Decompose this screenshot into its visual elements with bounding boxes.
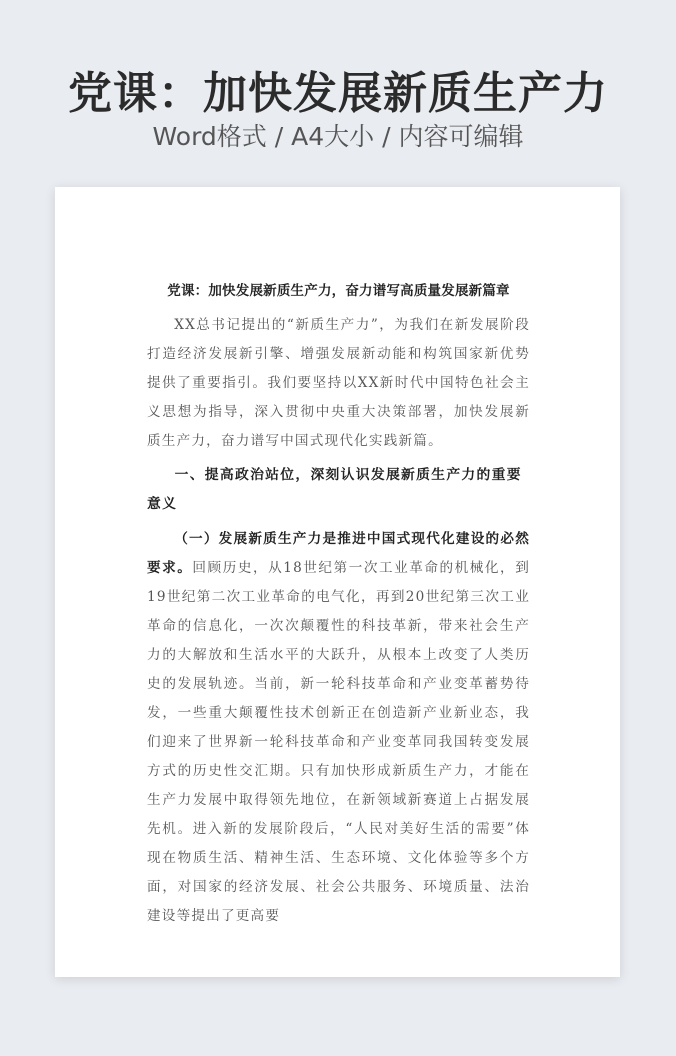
document-page: 党课：加快发展新质生产力，奋力谱写高质量发展新篇章 XX总书记提出的“新质生产力…	[55, 187, 620, 977]
document-content: 党课：加快发展新质生产力，奋力谱写高质量发展新篇章 XX总书记提出的“新质生产力…	[147, 273, 530, 931]
document-title: 党课：加快发展新质生产力，奋力谱写高质量发展新篇章	[147, 273, 530, 309]
banner-title: 党课：加快发展新质生产力	[0, 64, 676, 124]
intro-paragraph: XX总书记提出的“新质生产力”，为我们在新发展阶段打造经济发展新引擎、增强发展新…	[147, 311, 530, 456]
subsection-body: 回顾历史，从18世纪第一次工业革命的机械化，到19世纪第二次工业革命的电气化，再…	[147, 560, 530, 924]
body-paragraph: （一）发展新质生产力是推进中国式现代化建设的必然要求。回顾历史，从18世纪第一次…	[147, 525, 530, 931]
section-heading: 一、提高政治站位，深刻认识发展新质生产力的重要意义	[147, 461, 530, 519]
banner-subtitle: Word格式 / A4大小 / 内容可编辑	[0, 120, 676, 154]
